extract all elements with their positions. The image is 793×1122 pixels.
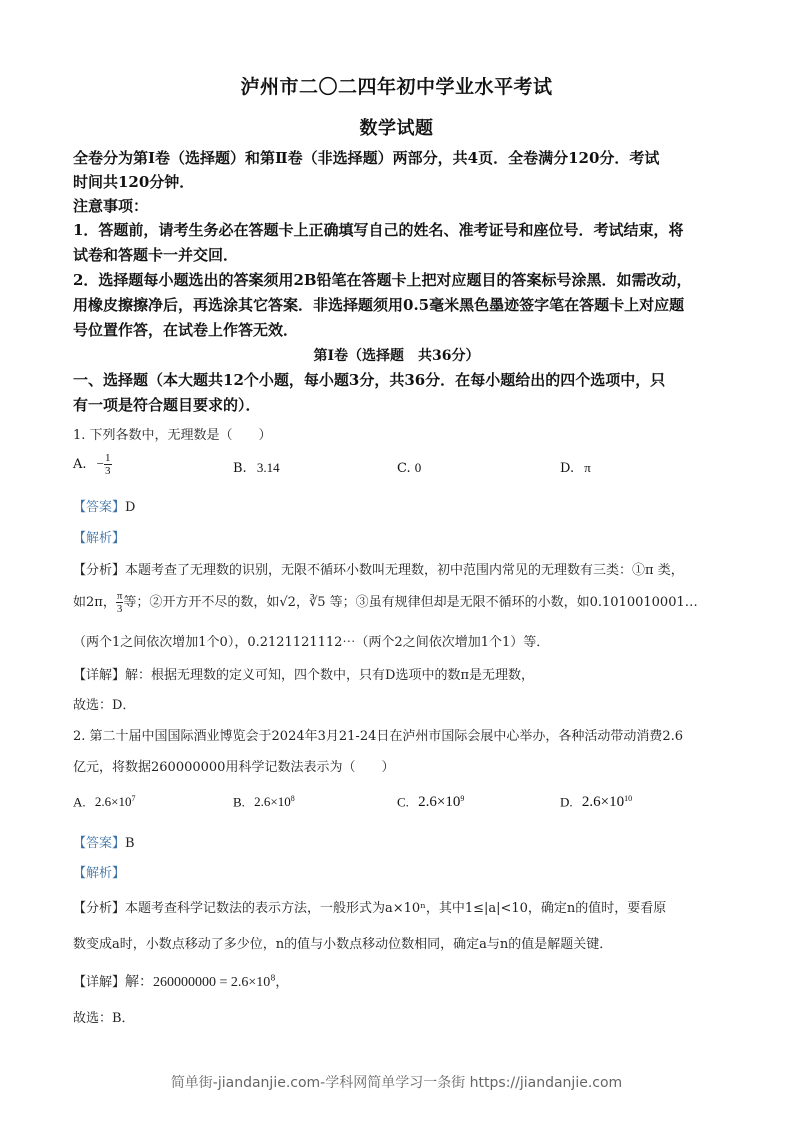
question-1-option-b: B. 3.14 xyxy=(233,460,280,476)
question-2-option-b: B. 2.6×108 xyxy=(233,794,295,810)
question-1-option-a: A. −13 xyxy=(73,452,112,477)
question-2-fenxi-line-2: 数变成a时，小数点移动了多少位，n的值与小数点移动位数相同，确定a与n的值是解题… xyxy=(73,933,612,952)
question-1-stem: 1. 下列各数中，无理数是（ ） xyxy=(73,424,272,443)
option-value: 3.14 xyxy=(257,460,280,475)
option-label: C. xyxy=(397,461,411,476)
answer-value: B xyxy=(125,836,135,851)
notice-title: 注意事项： xyxy=(73,195,148,216)
fraction: 13 xyxy=(104,452,112,477)
option-label: A. xyxy=(73,457,87,472)
question-1-analysis-label: 【解析】 xyxy=(73,527,125,546)
detail-text: 解：根据无理数的定义可知，四个数中，只有D选项中的数π是无理数， xyxy=(125,668,534,683)
question-1-option-d: D. π xyxy=(560,460,591,476)
question-2-analysis-label: 【解析】 xyxy=(73,862,125,881)
question-2-option-c: C. 2.6×109 xyxy=(397,794,464,811)
question-1-fenxi-line-3: （两个1之间依次增加1个0），0.2121121112⋯（两个2之间依次增加1个… xyxy=(73,631,549,650)
answer-value: D xyxy=(125,500,135,515)
option-value: 2.6×10 xyxy=(418,794,460,810)
option-exponent: 7 xyxy=(131,794,135,803)
option-label: D. xyxy=(560,794,573,809)
option-sign: − xyxy=(97,456,104,471)
exam-subtitle: 数学试题 xyxy=(0,114,793,140)
option-value: π xyxy=(584,460,591,475)
detail-text: ， xyxy=(275,975,288,990)
fenxi-text: 本题考查科学记数法的表示方法，一般形式为a×10ⁿ，其中1≤|a|<10，确定n… xyxy=(125,901,666,916)
question-1-answer: 【答案】D xyxy=(73,496,135,515)
notice-2-line-3: 号位置作答，在试卷上作答无效． xyxy=(73,319,298,340)
fenxi-text: 等；②开方开不尽的数，如√2，∛5 等；③虽有规律但却是无限不循环的小数，如0.… xyxy=(123,595,697,610)
question-2-stem-line-2: 亿元，将数据260000000用科学记数法表示为（ ） xyxy=(73,756,394,775)
question-2-detail: 【详解】解：260000000 = 2.6×108， xyxy=(73,971,288,991)
option-exponent: 8 xyxy=(291,794,295,803)
detail-text: 解：260000000 = 2.6×10 xyxy=(125,975,270,990)
question-2-stem-line-1: 2. 第二十届中国国际酒业博览会于2024年3月21-24日在泸州市国际会展中心… xyxy=(73,725,683,744)
answer-label: 【答案】 xyxy=(73,836,125,851)
notice-1-line-2: 试卷和答题卡一并交回． xyxy=(73,244,238,265)
question-1-conclusion: 故选：D． xyxy=(73,694,135,713)
question-2-fenxi-line-1: 【分析】本题考查科学记数法的表示方法，一般形式为a×10ⁿ，其中1≤|a|<10… xyxy=(73,897,666,916)
detail-label: 【详解】 xyxy=(73,975,125,990)
fenxi-text: 如2π， xyxy=(73,595,116,610)
question-2-conclusion: 故选：B． xyxy=(73,1007,135,1026)
exam-title: 泸州市二〇二四年初中学业水平考试 xyxy=(0,72,793,99)
option-value: 2.6×10 xyxy=(254,794,291,809)
fenxi-text: 本题考查了无理数的识别，无限不循环小数叫无理数，初中范围内常见的无理数有三类：①… xyxy=(125,563,684,578)
option-label: B. xyxy=(233,461,247,476)
notice-2-line-1: 2．选择题每小题选出的答案须用2B铅笔在答题卡上把对应题目的答案标号涂黑．如需改… xyxy=(73,269,692,290)
fenxi-label: 【分析】 xyxy=(73,563,125,578)
option-label: D. xyxy=(560,461,574,476)
notice-2-line-2: 用橡皮擦擦净后，再选涂其它答案．非选择题须用0.5毫米黑色墨迹签字笔在答题卡上对… xyxy=(73,294,684,315)
part-instruction-line-1: 一、选择题（本大题共12个小题，每小题3分，共36分．在每小题给出的四个选项中，… xyxy=(73,369,665,390)
footer-watermark: 简单街-jiandanjie.com-学科网简单学习一条街 https://ji… xyxy=(0,1072,793,1092)
option-value: 2.6×10 xyxy=(582,794,624,810)
fenxi-label: 【分析】 xyxy=(73,901,125,916)
question-1-fenxi-line-1: 【分析】本题考查了无理数的识别，无限不循环小数叫无理数，初中范围内常见的无理数有… xyxy=(73,559,684,578)
option-exponent: 10 xyxy=(624,794,632,803)
question-2-answer: 【答案】B xyxy=(73,832,135,851)
intro-line-1: 全卷分为第Ⅰ卷（选择题）和第Ⅱ卷（非选择题）两部分，共4页．全卷满分120分．考… xyxy=(73,147,659,168)
detail-label: 【详解】 xyxy=(73,668,125,683)
question-2-option-d: D. 2.6×1010 xyxy=(560,794,632,811)
option-value: 2.6×10 xyxy=(95,794,132,809)
question-2-option-a: A. 2.6×107 xyxy=(73,794,135,810)
question-1-fenxi-line-2: 如2π，π3等；②开方开不尽的数，如√2，∛5 等；③虽有规律但却是无限不循环的… xyxy=(73,590,698,615)
option-value: 0 xyxy=(415,460,422,475)
question-1-option-c: C. 0 xyxy=(397,460,421,476)
option-label: B. xyxy=(233,794,245,809)
option-exponent: 9 xyxy=(460,794,464,803)
answer-label: 【答案】 xyxy=(73,500,125,515)
part-instruction-line-2: 有一项是符合题目要求的）． xyxy=(73,394,261,415)
question-1-detail: 【详解】解：根据无理数的定义可知，四个数中，只有D选项中的数π是无理数， xyxy=(73,664,534,683)
option-label: A. xyxy=(73,794,86,809)
volume-title: 第Ⅰ卷（选择题 共36分） xyxy=(0,345,793,365)
intro-line-2: 时间共120分钟． xyxy=(73,171,194,192)
option-label: C. xyxy=(397,794,409,809)
notice-1-line-1: 1．答题前，请考生务必在答题卡上正确填写自己的姓名、准考证号和座位号．考试结束，… xyxy=(73,219,683,240)
